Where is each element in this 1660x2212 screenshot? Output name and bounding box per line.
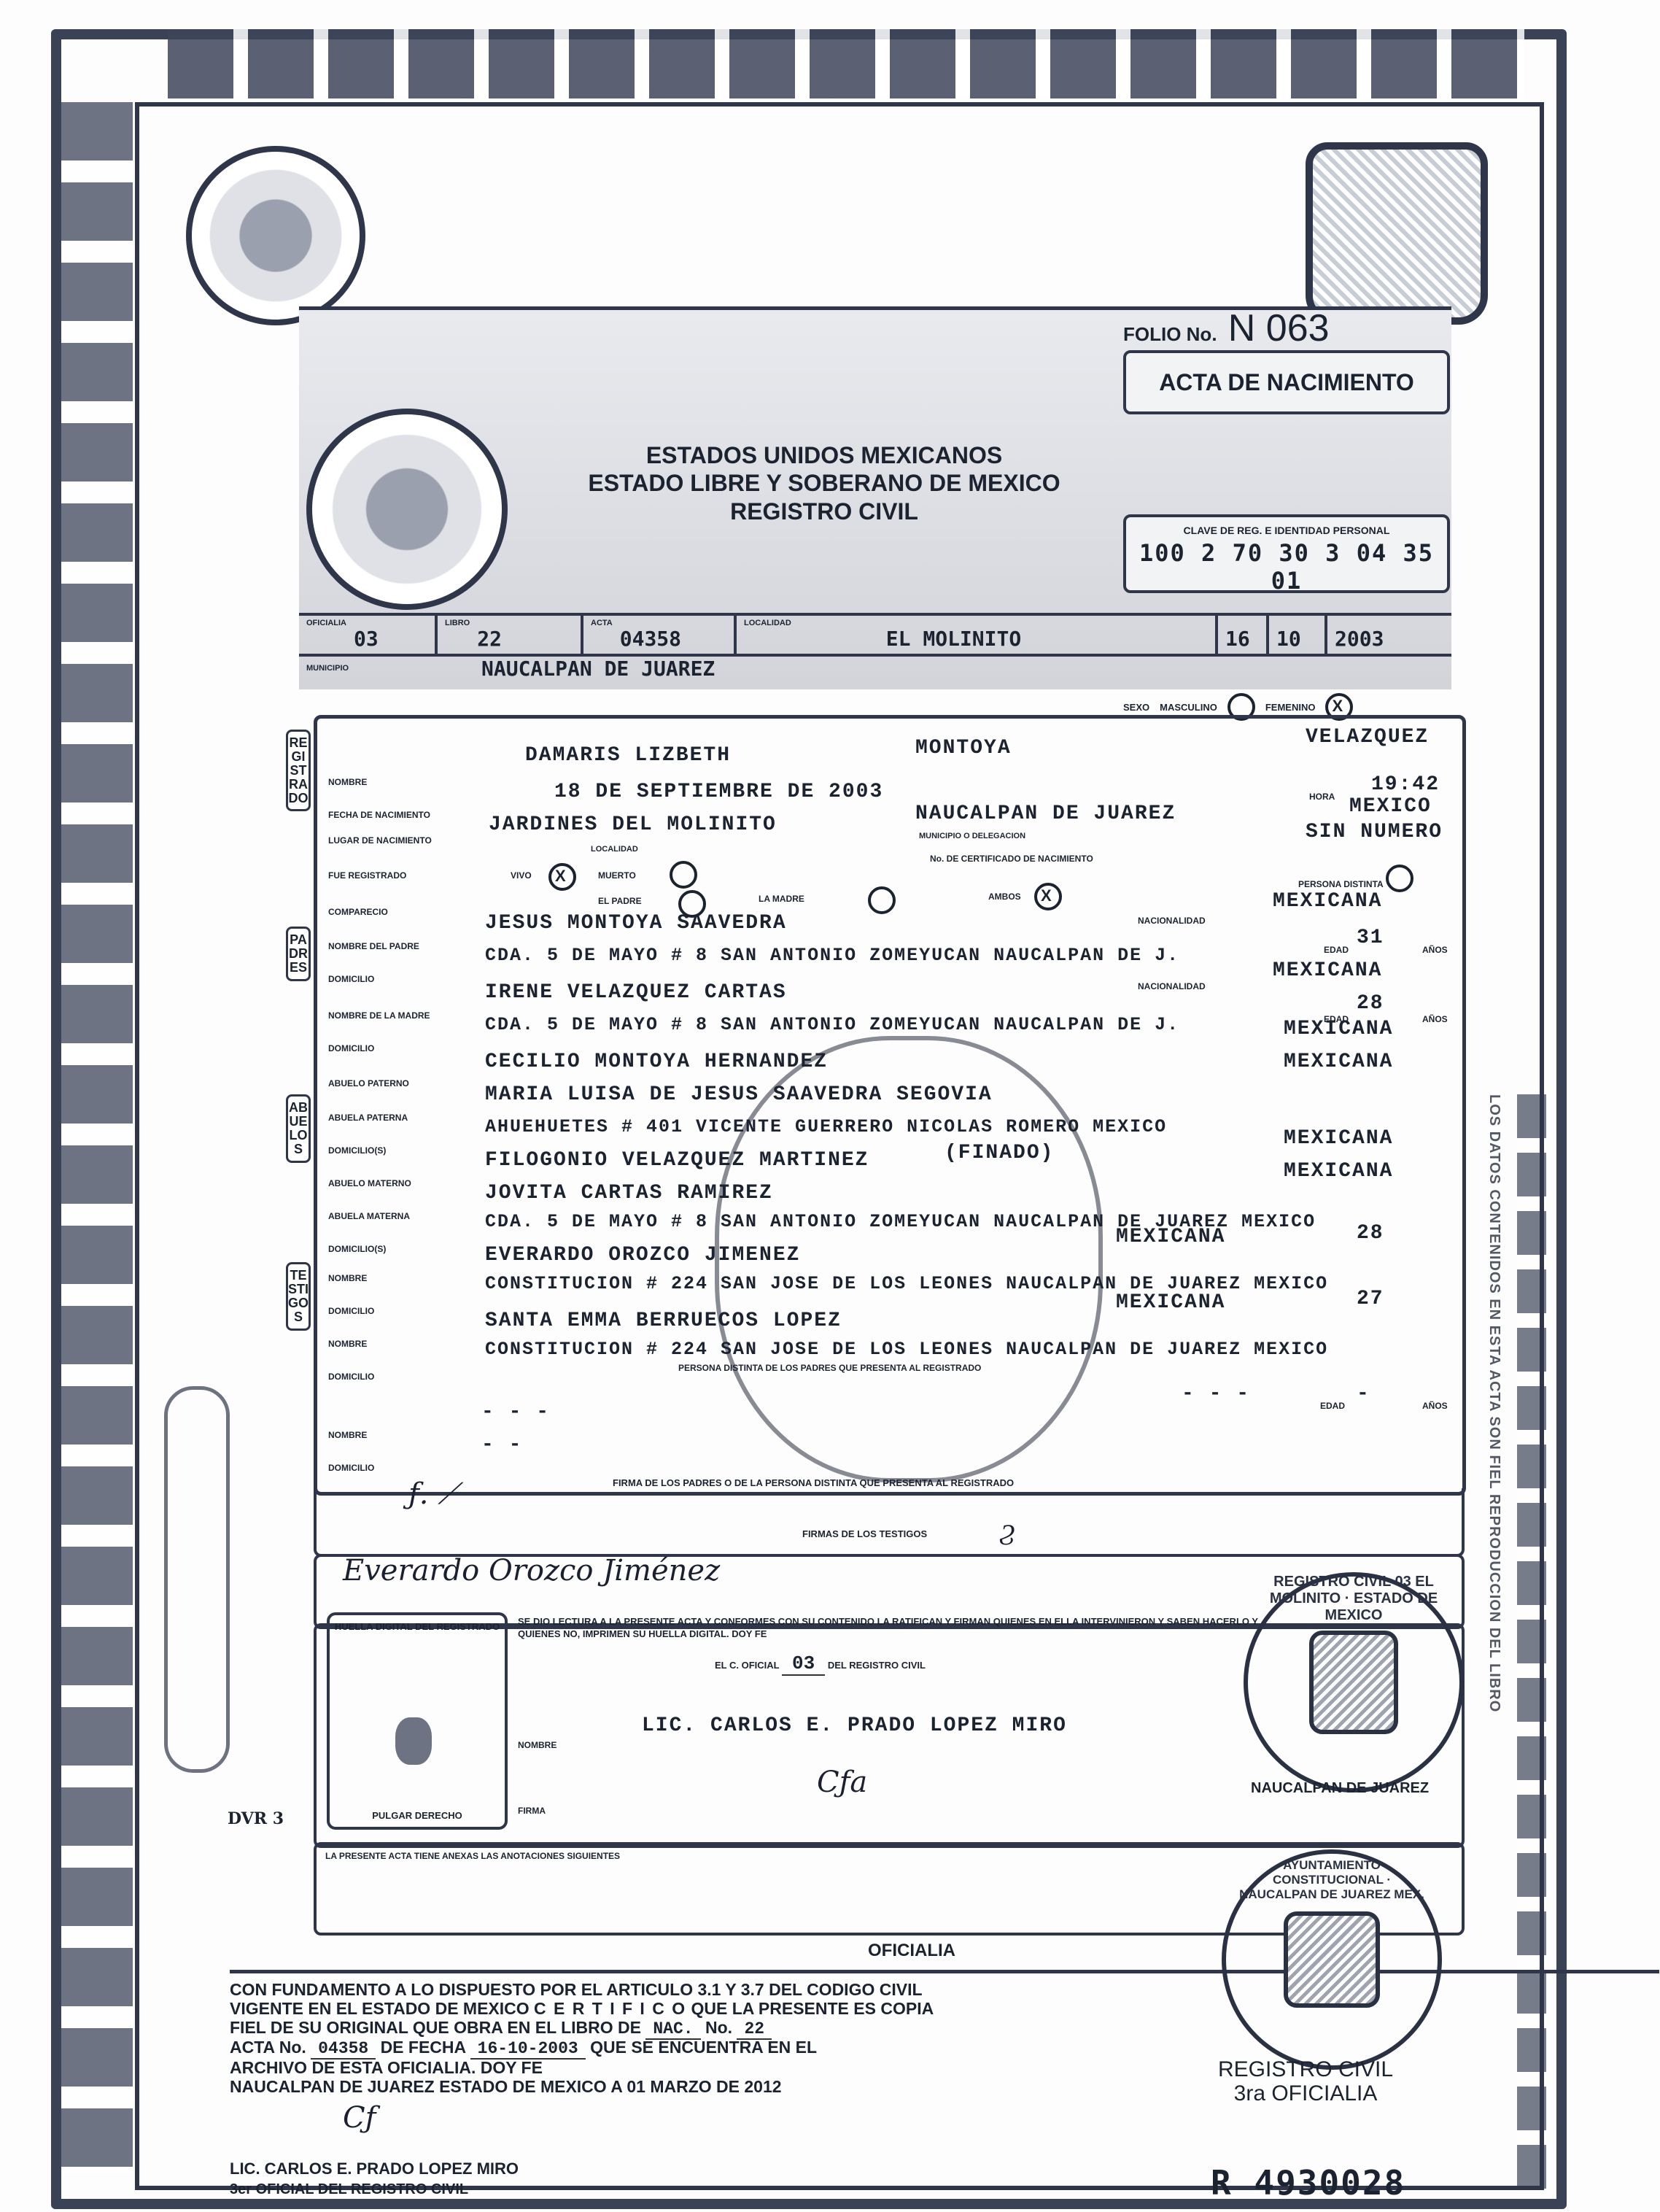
- registrado-hora: 19:42: [1371, 773, 1440, 796]
- side-legend: LOS DATOS CONTENIDOS EN ESTA ACTA SON FI…: [1473, 1094, 1502, 1751]
- persona-distinta-nombre: - - -: [481, 1401, 550, 1423]
- curp-label: CLAVE DE REG. E IDENTIDAD PERSONAL: [1126, 525, 1447, 536]
- padre-domicilio: CDA. 5 DE MAYO # 8 SAN ANTONIO ZOMEYUCAN…: [485, 945, 1179, 966]
- mes-value: 10: [1276, 627, 1301, 651]
- registrado-primer-apellido: MONTOYA: [915, 737, 1012, 759]
- testigo2-domicilio: CONSTITUCION # 224 SAN JOSE DE LOS LEONE…: [485, 1339, 1328, 1360]
- firma-padres-caption: FIRMA DE LOS PADRES O DE LA PERSONA DIST…: [613, 1477, 1014, 1488]
- persona-distinta-checkbox[interactable]: [1386, 865, 1413, 892]
- issuing-authority: ESTADOS UNIDOS MEXICANOS ESTADO LIBRE Y …: [569, 441, 1079, 525]
- molinito-stamp-bottom: NAUCALPAN DE JUAREZ: [1251, 1780, 1429, 1797]
- left-border-band: [61, 102, 133, 2174]
- libro-cell: LIBRO 22: [438, 616, 583, 654]
- oficial-number: 03: [782, 1652, 825, 1676]
- registrado-localidad: JARDINES DEL MOLINITO: [489, 813, 777, 836]
- abuela-materna-nacionalidad: MEXICANA: [1284, 1160, 1393, 1183]
- dia-cell: 16: [1218, 616, 1269, 654]
- country-line: ESTADOS UNIDOS MEXICANOS: [569, 441, 1079, 469]
- persona-distinta-caption: PERSONA DISTINTA DE LOS PADRES QUE PRESE…: [678, 1363, 981, 1373]
- registrado-segundo-apellido: VELAZQUEZ: [1306, 726, 1429, 749]
- abuelo-materno-finado: (FINADO): [945, 1142, 1054, 1164]
- folio-label: FOLIO No.: [1123, 323, 1217, 345]
- section-testigos: TESTIGOS: [286, 1262, 311, 1331]
- registrado-fecha-nacimiento: 18 DE SEPTIEMBRE DE 2003: [554, 781, 883, 803]
- state-shield-icon: [1306, 142, 1488, 325]
- registrado-entidad: MEXICO: [1349, 795, 1432, 818]
- state-line: ESTADO LIBRE Y SOBERANO DE MEXICO: [569, 469, 1079, 497]
- registry-line: REGISTRO CIVIL: [569, 498, 1079, 525]
- national-seal-icon: [186, 146, 365, 325]
- padre-edad: 31: [1357, 927, 1384, 949]
- padre-nacionalidad: MEXICANA: [1273, 890, 1382, 913]
- document-title: ACTA DE NACIMIENTO: [1123, 350, 1450, 414]
- cert-acta-number: 04358: [311, 2039, 376, 2060]
- madre-nacionalidad: MEXICANA: [1273, 959, 1382, 982]
- testigo2-nombre: SANTA EMMA BERRUECOS LOPEZ: [485, 1310, 842, 1332]
- serial-number: R 4930028: [1211, 2163, 1405, 2203]
- divider: [230, 1970, 1659, 1973]
- localidad-cell: LOCALIDAD EL MOLINITO: [737, 616, 1218, 654]
- anio-cell: 2003: [1327, 616, 1451, 654]
- muerto-checkbox[interactable]: [670, 861, 697, 889]
- oficial-line: EL C. OFICIAL 03 DEL REGISTRO CIVIL: [715, 1652, 926, 1674]
- madre-domicilio: CDA. 5 DE MAYO # 8 SAN ANTONIO ZOMEYUCAN…: [485, 1014, 1179, 1035]
- abuelo-paterno-nacionalidad: MEXICANA: [1284, 1018, 1393, 1040]
- dia-value: 16: [1225, 627, 1250, 651]
- municipio-value: NAUCALPAN DE JUAREZ: [481, 657, 715, 681]
- anio-value: 2003: [1335, 627, 1384, 651]
- section-registrado: REGISTRADO: [286, 730, 311, 811]
- abuelo-materno-nacionalidad: MEXICANA: [1284, 1127, 1393, 1150]
- abuelo-paterno-nombre: CECILIO MONTOYA HERNANDEZ: [485, 1051, 828, 1073]
- la-madre-checkbox[interactable]: [868, 886, 896, 914]
- shield-icon: [1284, 1911, 1380, 2008]
- shield-icon: [1309, 1631, 1398, 1734]
- oficialia-cell: OFICIALIA 03: [299, 616, 438, 654]
- abuela-paterna-nacionalidad: MEXICANA: [1284, 1051, 1393, 1073]
- firma-padres-box: [314, 1488, 1465, 1557]
- registro-civil-oficialia: REGISTRO CIVIL 3ra OFICIALIA: [1218, 2057, 1393, 2105]
- abuela-paterna-nombre: MARIA LUISA DE JESUS SAAVEDRA SEGOVIA: [485, 1083, 993, 1106]
- libro-tipo: NAC.: [645, 2019, 700, 2040]
- curp-box: CLAVE DE REG. E IDENTIDAD PERSONAL 100 2…: [1123, 514, 1450, 593]
- registrado-municipio: NAUCALPAN DE JUAREZ: [915, 803, 1176, 825]
- abuelo-materno-nombre: FILOGONIO VELAZQUEZ MARTINEZ: [485, 1149, 869, 1172]
- ayuntamiento-stamp: AYUNTAMIENTO CONSTITUCIONAL · NAUCALPAN …: [1222, 1849, 1442, 2070]
- chain-ornament-icon: [164, 1386, 230, 1773]
- birth-certificate-page: LOS DATOS CONTENIDOS EN ESTA ACTA SON FI…: [0, 0, 1660, 2212]
- libro-value: 22: [477, 627, 502, 651]
- padres-signature: ƒ. ⟋: [408, 1477, 458, 1511]
- cert-place-date: NAUCALPAN DE JUAREZ ESTADO DE MEXICO A 0…: [230, 2078, 1105, 2097]
- folio-value: N 063: [1228, 307, 1330, 349]
- padre-nombre: JESUS MONTOYA SAAVEDRA: [485, 912, 787, 935]
- eagle-seal-icon: [306, 409, 508, 610]
- certification-text: CON FUNDAMENTO A LO DISPUESTO POR EL ART…: [230, 1981, 1105, 2097]
- libro-numero: 22: [737, 2019, 772, 2040]
- testigo1-nombre: EVERARDO OROZCO JIMENEZ: [485, 1244, 800, 1267]
- lectura-text: SE DIO LECTURA A LA PRESENTE ACTA Y CONF…: [518, 1616, 1284, 1641]
- ambos-checkbox[interactable]: [1034, 883, 1062, 910]
- fingerprint-box: HUELLA DIGITAL DEL REGISTRADO PULGAR DER…: [327, 1612, 508, 1830]
- madre-edad: 28: [1357, 992, 1384, 1015]
- registro-civil-molinito-stamp: REGISTRO CIVIL 03 EL MOLINITO · ESTADO D…: [1244, 1572, 1464, 1793]
- cert-fecha: 16-10-2003: [470, 2039, 586, 2060]
- thumbprint-icon: [395, 1717, 432, 1765]
- municipio-row: MUNICIPIO NAUCALPAN DE JUAREZ: [299, 653, 1451, 684]
- testigo1-edad: 28: [1357, 1222, 1384, 1245]
- top-border-band: [168, 29, 1524, 98]
- acta-cell: ACTA 04358: [583, 616, 737, 654]
- oficialia-value: 03: [354, 627, 379, 651]
- persona-distinta-nacionalidad: - - -: [1182, 1382, 1250, 1405]
- registrado-nombre: DAMARIS LIZBETH: [525, 744, 731, 767]
- acta-value: 04358: [620, 627, 681, 651]
- localidad-value: EL MOLINITO: [886, 627, 1021, 651]
- madre-nombre: IRENE VELAZQUEZ CARTAS: [485, 981, 787, 1004]
- firma-testigos-caption: FIRMAS DE LOS TESTIGOS: [802, 1528, 927, 1539]
- testigo-signature: Everardo Orozco Jiménez: [343, 1554, 720, 1588]
- oficial-signature: Cƒa: [817, 1766, 867, 1799]
- curp-value: 100 2 70 30 3 04 35 01: [1126, 539, 1447, 595]
- oficial-nombre: LIC. CARLOS E. PRADO LOPEZ MIRO: [642, 1714, 1067, 1737]
- abuela-materna-nombre: JOVITA CARTAS RAMIREZ: [485, 1182, 773, 1204]
- vivo-checkbox[interactable]: [548, 863, 576, 891]
- section-abuelos: ABUELOS: [286, 1094, 311, 1163]
- certificado-nacimiento: SIN NUMERO: [1306, 821, 1443, 843]
- section-padres: PADRES: [286, 927, 311, 981]
- certifier-title: 3er OFICIAL DEL REGISTRO CIVIL: [230, 2181, 468, 2198]
- testigo2-edad: 27: [1357, 1288, 1384, 1310]
- testigo2-nacionalidad: MEXICANA: [1116, 1291, 1225, 1314]
- certifier-signature: Cƒ: [343, 2101, 376, 2135]
- dvr-code: DVR 3: [228, 1809, 284, 1828]
- persona-distinta-edad: -: [1357, 1382, 1370, 1405]
- oficialia-label: OFICIALIA: [868, 1941, 955, 1961]
- certifier-name: LIC. CARLOS E. PRADO LOPEZ MIRO: [230, 2159, 519, 2178]
- registry-data-row: OFICIALIA 03 LIBRO 22 ACTA 04358 LOCALID…: [299, 613, 1451, 657]
- mes-cell: 10: [1269, 616, 1327, 654]
- persona-distinta-domicilio: - -: [481, 1434, 522, 1456]
- testigo1-nacionalidad: MEXICANA: [1116, 1226, 1225, 1248]
- testigo2-signature: Ϩ: [999, 1517, 1015, 1552]
- folio-number: FOLIO No. N 063: [1123, 306, 1330, 350]
- abuelos-paternos-domicilio: AHUEHUETES # 401 VICENTE GUERRERO NICOLA…: [485, 1116, 1167, 1137]
